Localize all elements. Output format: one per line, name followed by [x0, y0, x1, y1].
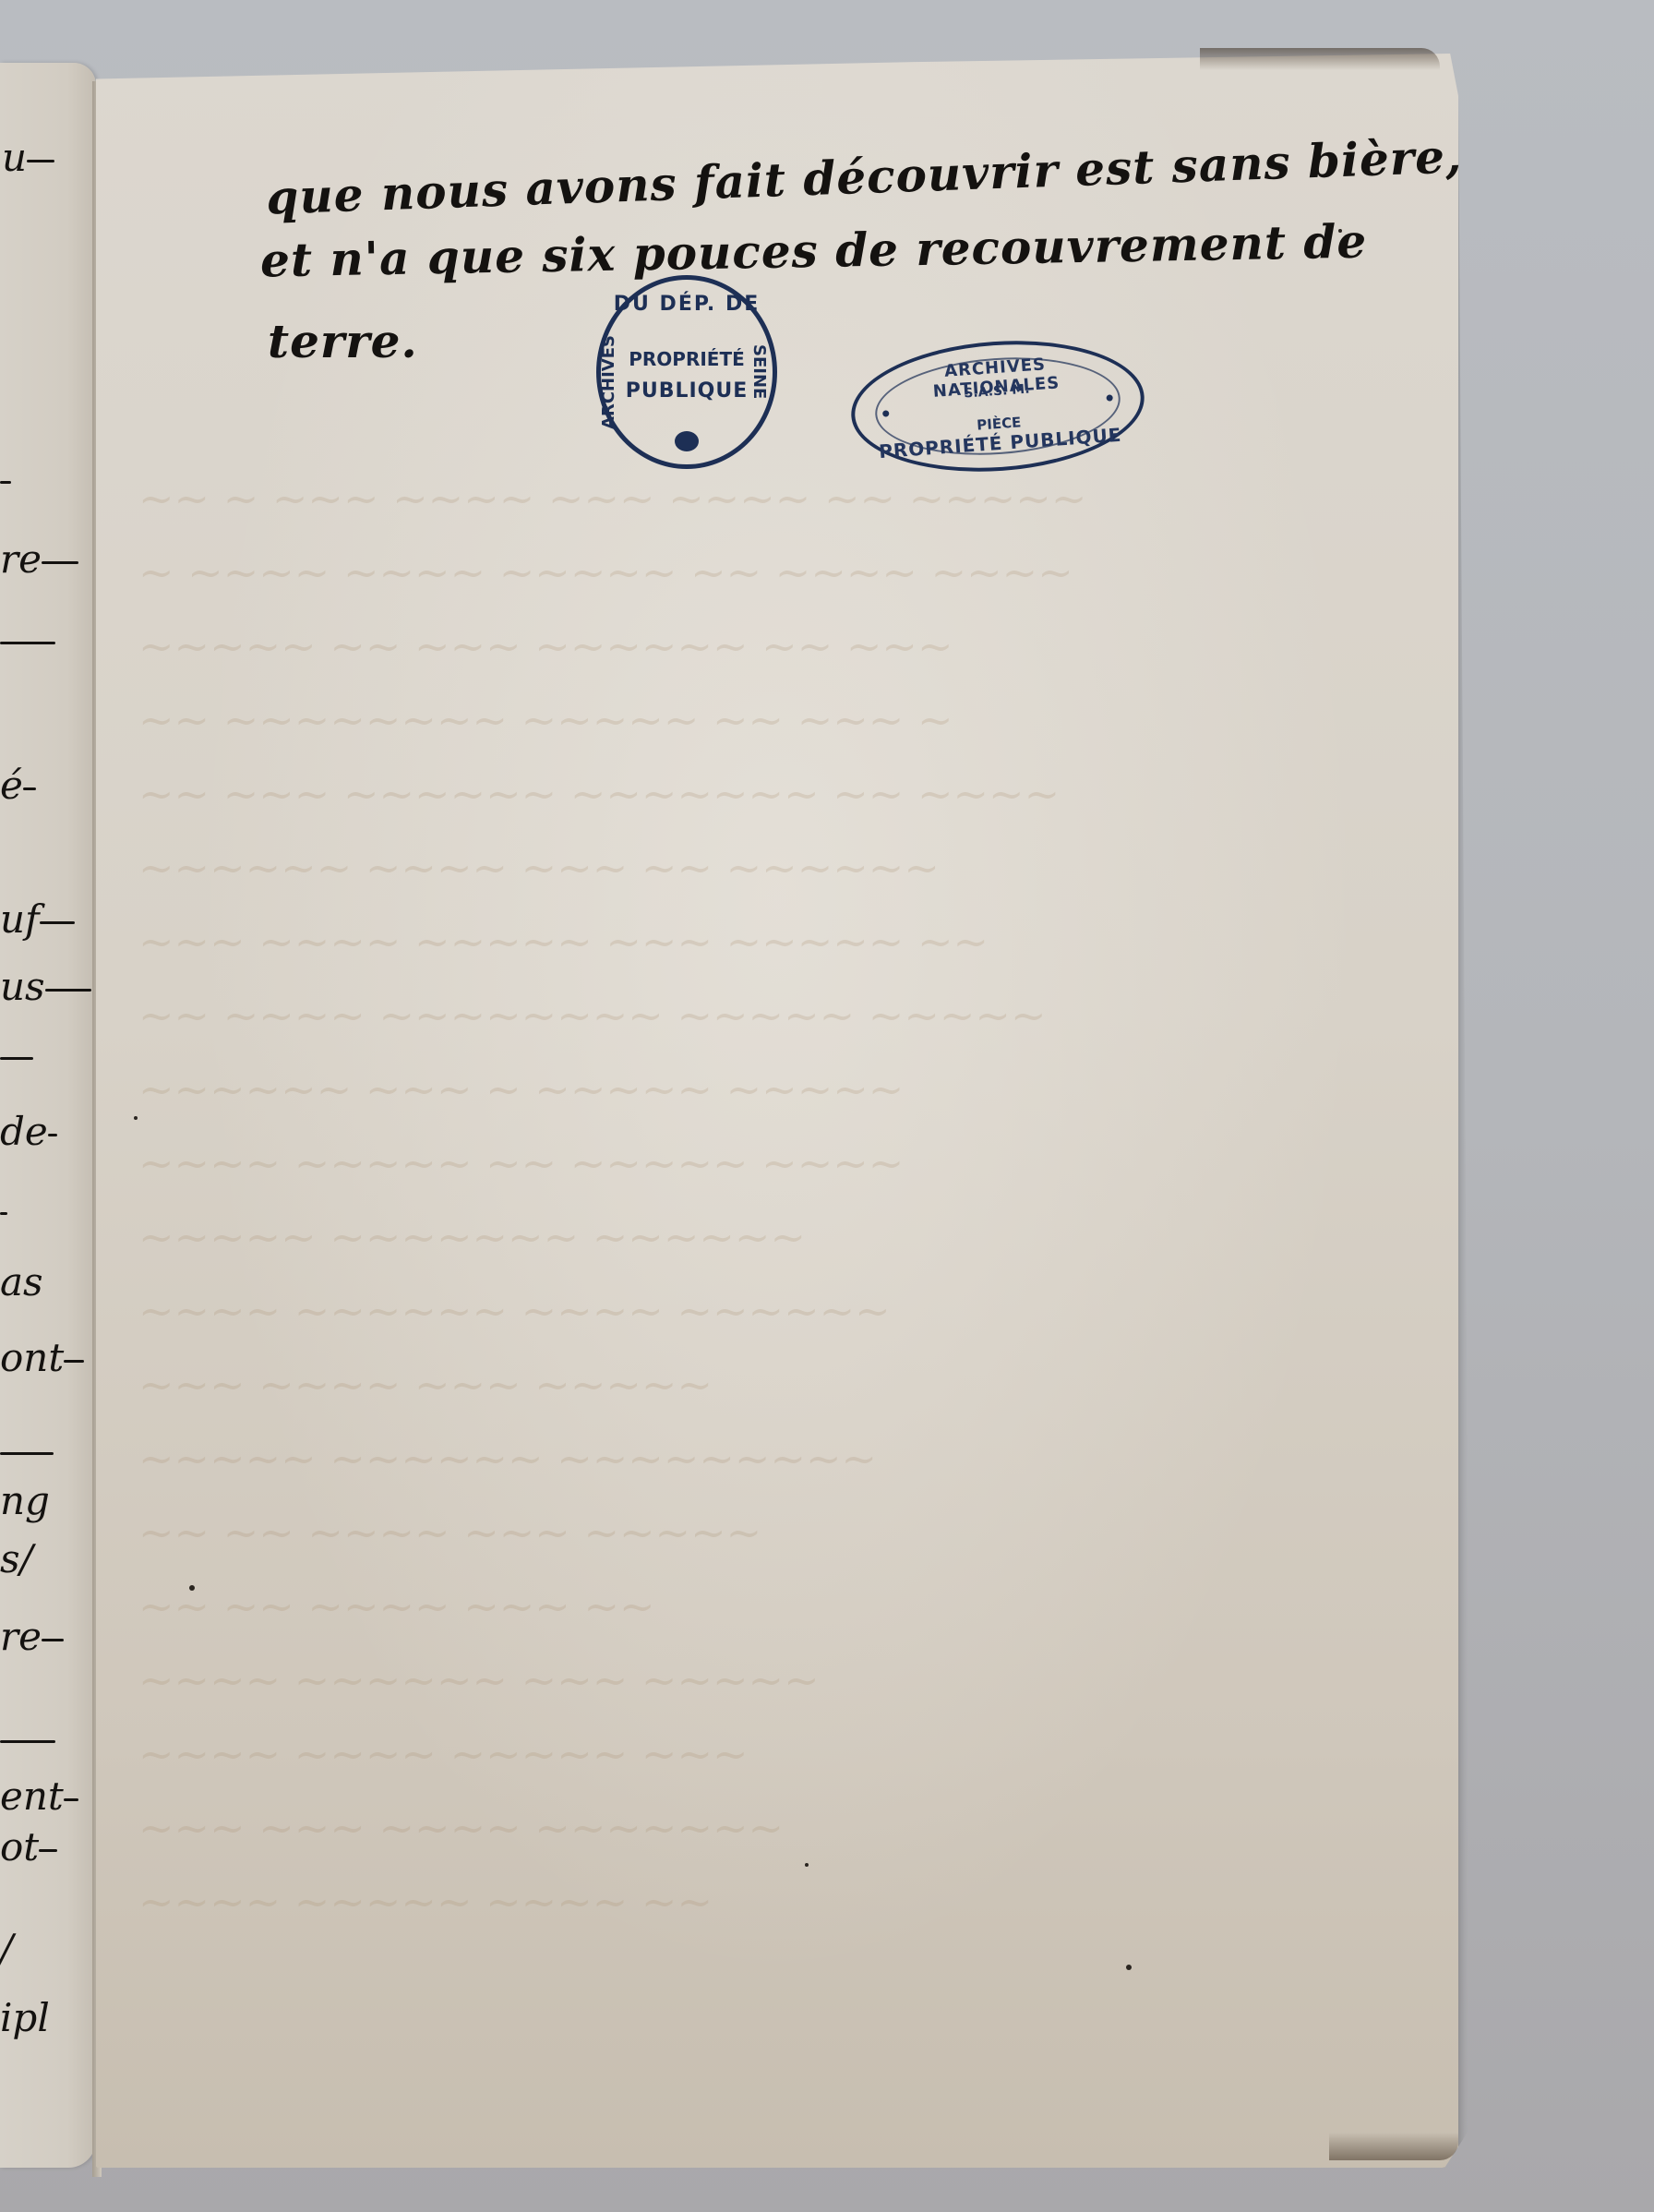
left-fragment: uf — [0, 900, 75, 939]
left-fragment: ipl — [0, 1999, 50, 2038]
left-fragment — [0, 620, 55, 659]
left-fragment — [0, 1191, 7, 1230]
left-fragment — [0, 1036, 33, 1075]
page-edge-wear-top — [1200, 48, 1440, 70]
left-fragment: / — [0, 1929, 13, 1968]
left-fragment: ot — [0, 1828, 57, 1867]
manuscript-line-3: terre. — [268, 314, 418, 368]
left-fragment: as — [0, 1263, 43, 1302]
left-fragment — [0, 1431, 54, 1470]
left-fragment: ont — [0, 1339, 84, 1377]
left-fragment: ent — [0, 1777, 78, 1816]
stamp-center-line2: PUBLIQUE — [601, 379, 773, 403]
left-fragment — [0, 1719, 55, 1758]
left-fragment: é — [0, 766, 36, 805]
stamp-dot-icon — [675, 431, 699, 451]
right-page — [96, 54, 1458, 2168]
stamp-center-line1: PROPRIÉTÉ — [601, 348, 773, 370]
archives-round-stamp: DU DÉP. DE ARCHIVES SEINE PROPRIÉTÉ PUBL… — [596, 275, 777, 469]
left-fragment: ng — [0, 1482, 50, 1521]
left-fragment: de — [0, 1112, 57, 1151]
left-fragment: s/ — [0, 1540, 33, 1579]
left-fragment: us — [0, 968, 91, 1006]
left-fragment: re — [0, 1617, 64, 1656]
stamp-ring-top: DU DÉP. DE — [601, 293, 773, 316]
left-fragment: re — [0, 540, 78, 579]
page-edge-wear-bottom — [1329, 2133, 1458, 2160]
left-fragment — [0, 460, 11, 499]
left-fragment: u — [2, 138, 54, 177]
